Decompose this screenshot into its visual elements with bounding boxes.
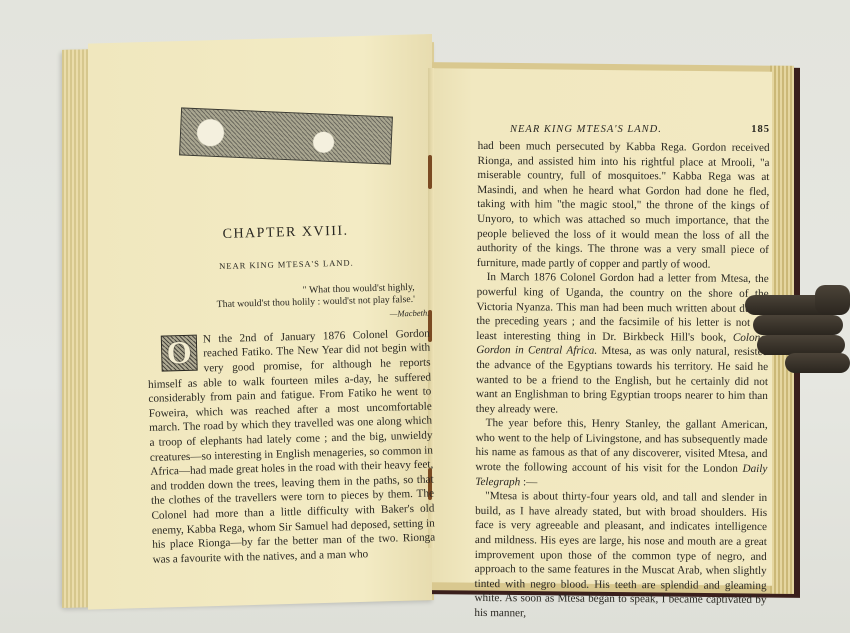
floral-ornament-header <box>179 107 393 164</box>
body-paragraph: In March 1876 Colonel Gordon had a lette… <box>476 270 769 418</box>
body-paragraph: had been much persecuted by Kabba Rega. … <box>477 139 770 272</box>
text-run: :— <box>520 476 537 488</box>
body-paragraph: The year before this, Henry Stanley, the… <box>475 416 768 491</box>
binding-stitch <box>428 155 432 189</box>
drop-cap: O <box>161 334 198 371</box>
body-paragraph: "Mtesa is about thirty-four years old, a… <box>474 489 767 622</box>
photo-scene: CHAPTER XVIII. NEAR KING MTESA'S LAND. "… <box>0 0 850 633</box>
chapter-subtitle: NEAR KING MTESA'S LAND. <box>145 253 428 275</box>
running-head: NEAR KING MTESA'S LAND. 185 <box>510 124 770 135</box>
text-run: The year before this, Henry Stanley, the… <box>475 417 767 475</box>
running-head-title: NEAR KING MTESA'S LAND. <box>510 124 662 135</box>
left-page-text: CHAPTER XVIII. NEAR KING MTESA'S LAND. "… <box>144 223 436 568</box>
bronze-hand-bookholder <box>745 285 850 377</box>
page-number: 185 <box>751 124 770 135</box>
right-page-text: had been much persecuted by Kabba Rega. … <box>474 139 769 623</box>
text-run: In March 1876 Colonel Gordon had a lette… <box>476 271 768 343</box>
